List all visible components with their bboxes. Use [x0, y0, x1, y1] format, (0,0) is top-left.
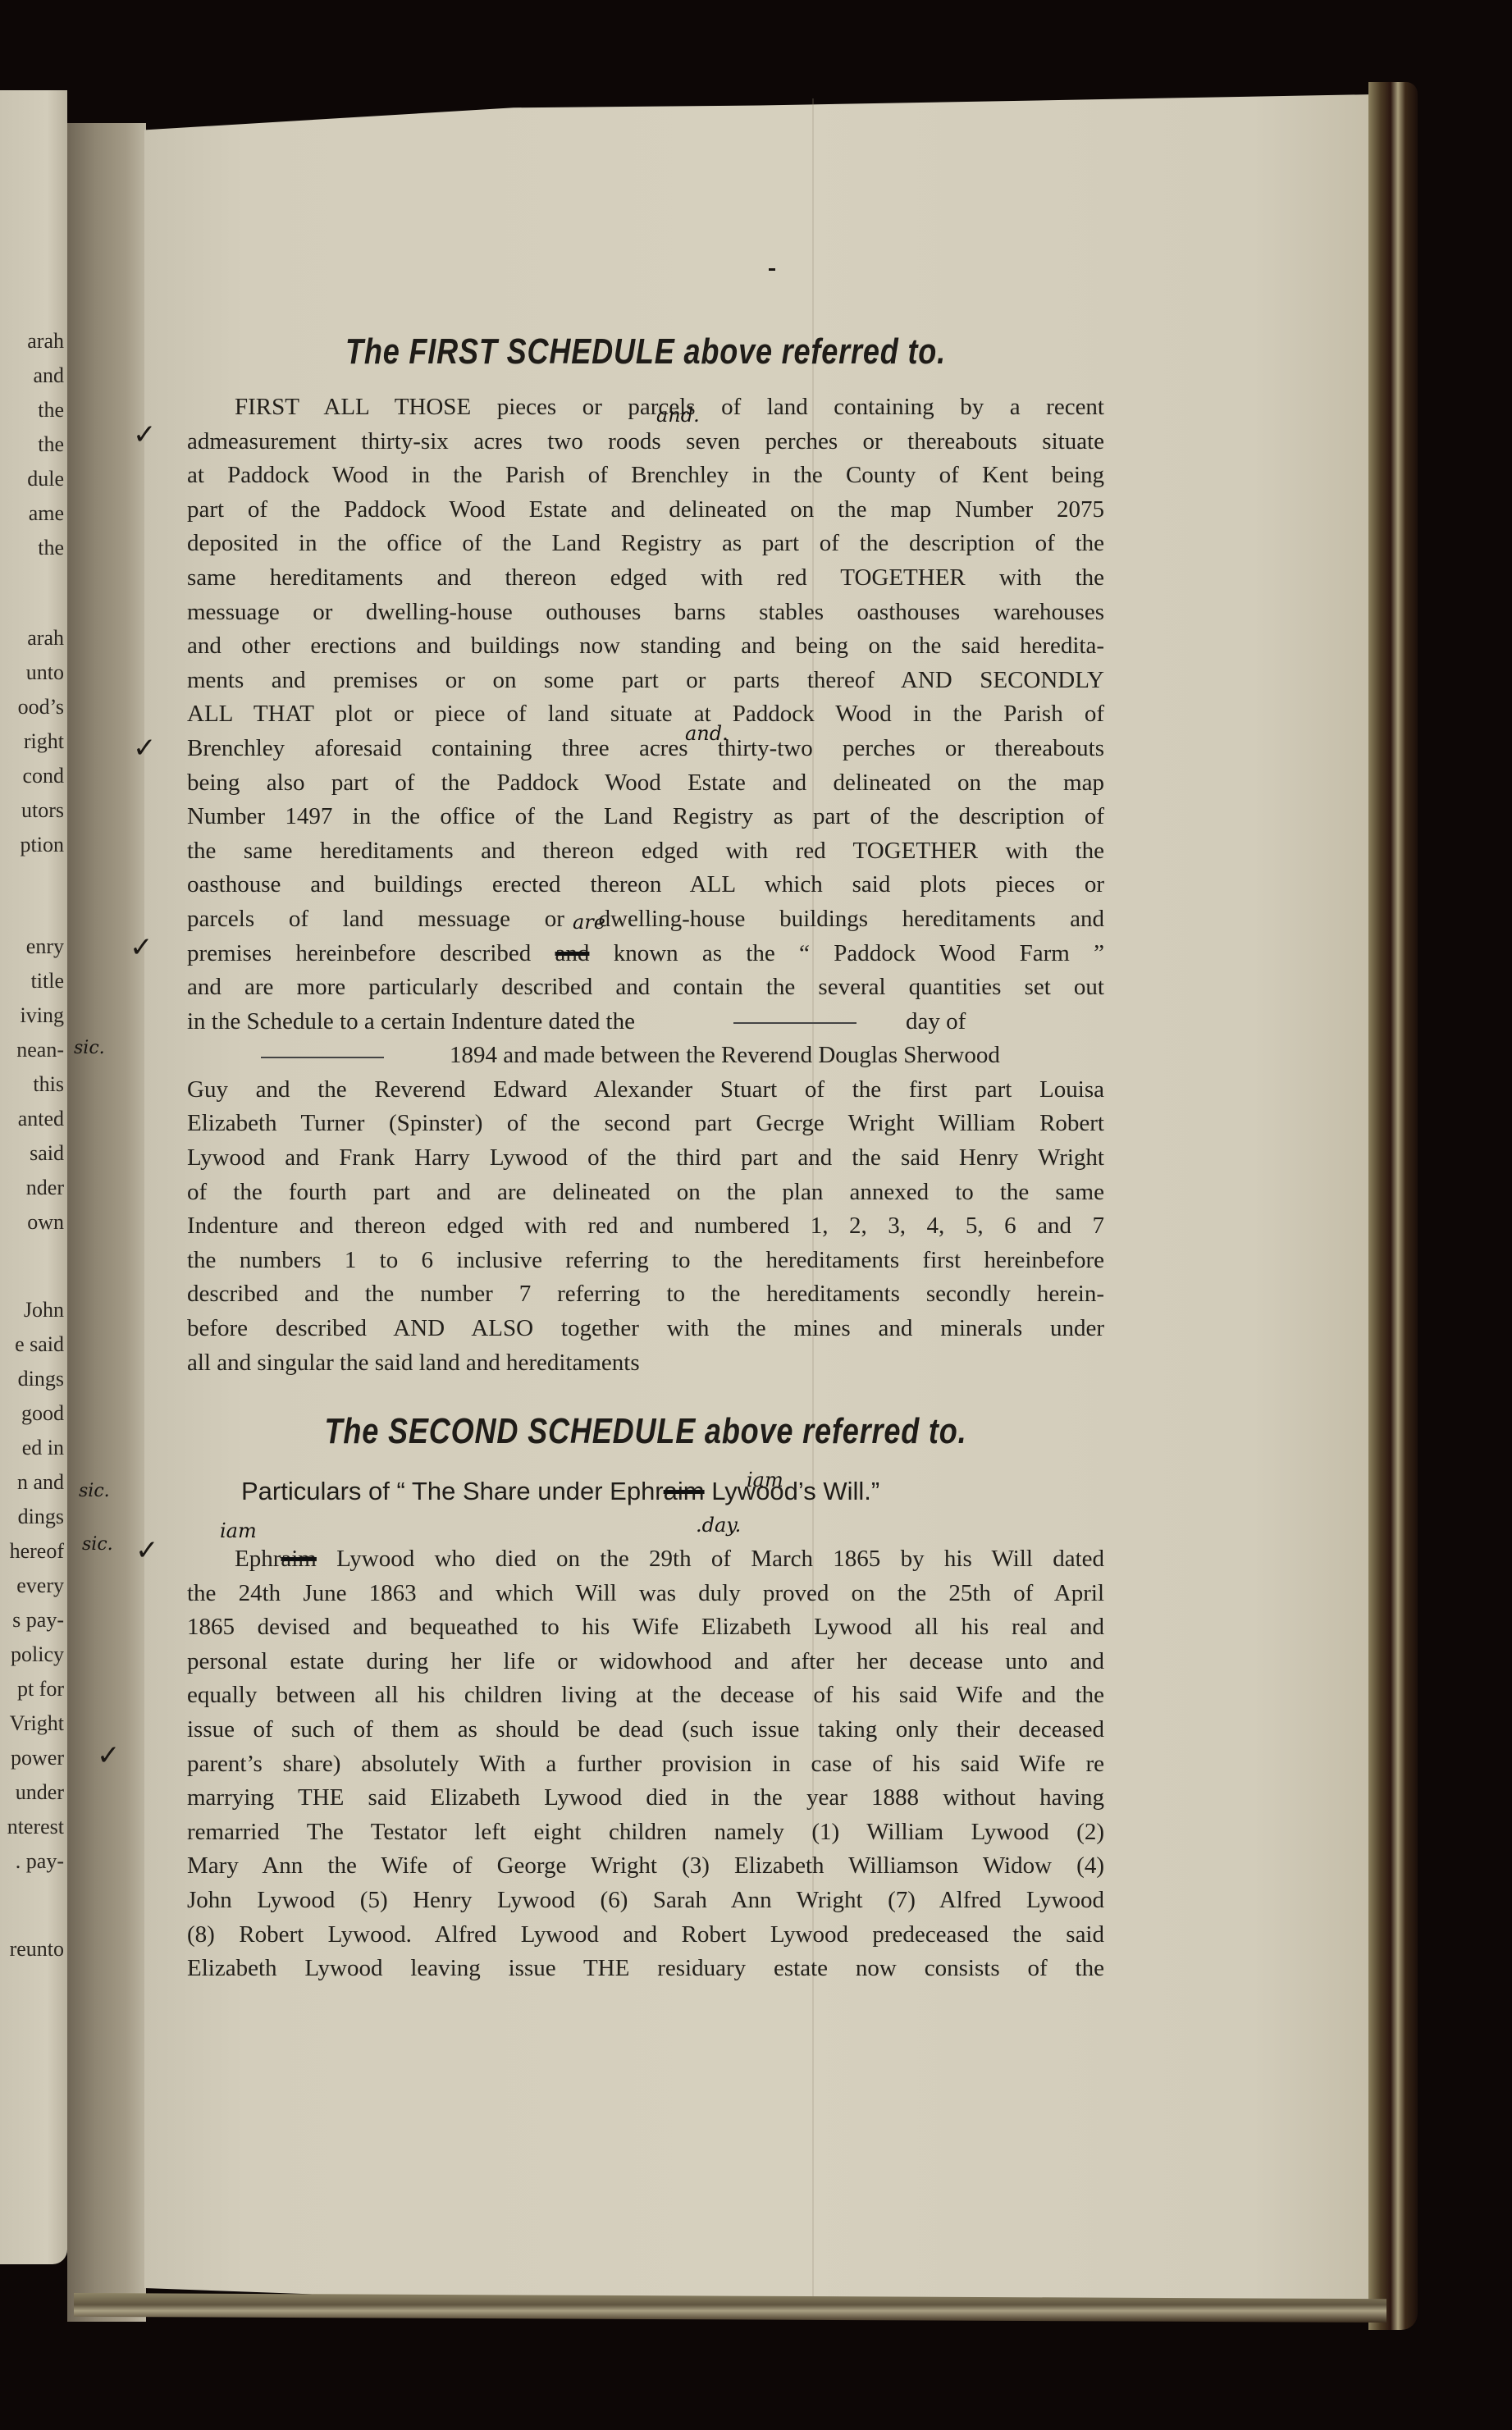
left-fragment: s pay- — [0, 1603, 67, 1638]
text-line: Elizabeth Lywood leaving issue THE resid… — [187, 1952, 1104, 1986]
text-line: the same hereditaments and thereon edged… — [187, 834, 1104, 869]
text-line: described and the number 7 referring to … — [187, 1277, 1104, 1312]
gutter-shadow — [67, 123, 146, 2322]
text-line: Mary Ann the Wife of George Wright (3) E… — [187, 1849, 1104, 1884]
left-fragment: and — [0, 359, 67, 393]
margin-note-sic: sic. — [79, 1481, 110, 1501]
left-fragment: own — [0, 1205, 67, 1240]
left-fragment: dings — [0, 1362, 67, 1396]
text-line: the 24th June 1863 and which Will was du… — [187, 1577, 1104, 1611]
blank-date-line — [261, 1057, 384, 1058]
text-line: parent’s share) absolutely With a furthe… — [187, 1747, 1104, 1782]
handwritten-insert-day: .day. — [696, 1514, 741, 1537]
left-fragment: n and — [0, 1465, 67, 1500]
text-line: admeasurement thirty-six acres two roods… — [187, 425, 1104, 459]
text-line: marrying THE said Elizabeth Lywood died … — [187, 1781, 1104, 1816]
ink-speck — [769, 268, 775, 271]
text-line: ments and premises or on some part or pa… — [187, 664, 1104, 698]
text-line: Indenture and thereon edged with red and… — [187, 1209, 1104, 1244]
text-line: of the fourth part and are delineated on… — [187, 1176, 1104, 1210]
left-fragment: right — [0, 724, 67, 759]
text-line: and other erections and buildings now st… — [187, 629, 1104, 664]
text-line: Lywood and Frank Harry Lywood of the thi… — [187, 1141, 1104, 1176]
text-line: FIRST ALL THOSE pieces or parcels of lan… — [187, 391, 1104, 425]
left-fragment: arah — [0, 621, 67, 655]
left-fragment: dings — [0, 1500, 67, 1534]
left-fragment: nder — [0, 1171, 67, 1205]
left-fragment: ood’s — [0, 690, 67, 724]
text-line: messuage or dwelling-house outhouses bar… — [187, 596, 1104, 630]
text-line: ALL THAT plot or piece of land situate a… — [187, 697, 1104, 732]
left-fragment: this — [0, 1067, 67, 1102]
second-schedule-subheading: Particulars of “ The Share under Ephraim… — [241, 1477, 1062, 1506]
left-fragment: policy — [0, 1638, 67, 1672]
text-line: Number 1497 in the office of the Land Re… — [187, 800, 1104, 834]
left-fragment: dule — [0, 462, 67, 496]
left-fragment: under — [0, 1775, 67, 1810]
blank-date-line — [733, 1022, 856, 1024]
left-fragment: the — [0, 393, 67, 427]
checkmark-icon: ✓ — [130, 931, 153, 964]
text-line: deposited in the office of the Land Regi… — [187, 527, 1104, 561]
left-fragment: anted — [0, 1102, 67, 1136]
struck-word: aim — [281, 1546, 317, 1572]
text-line: John Lywood (5) Henry Lywood (6) Sarah A… — [187, 1884, 1104, 1918]
left-fragment: ed in — [0, 1431, 67, 1465]
left-fragment: enry — [0, 930, 67, 964]
left-fragment: title — [0, 964, 67, 998]
left-fragment: hereof — [0, 1534, 67, 1569]
second-schedule-heading: The SECOND SCHEDULE above referred to. — [270, 1411, 1022, 1452]
text-line: the numbers 1 to 6 inclusive referring t… — [187, 1244, 1104, 1278]
handwritten-correction-are: are — [573, 911, 605, 934]
text-line: and are more particularly described and … — [187, 971, 1104, 1005]
text-line: part of the Paddock Wood Estate and deli… — [187, 493, 1104, 528]
text-line: Brenchley aforesaid containing three acr… — [187, 732, 1104, 766]
left-fragment: good — [0, 1396, 67, 1431]
left-fragment: cond — [0, 759, 67, 793]
checkmark-icon: ✓ — [133, 418, 157, 451]
text-line: personal estate during her life or widow… — [187, 1645, 1104, 1679]
first-schedule-heading: The FIRST SCHEDULE above referred to. — [270, 331, 1022, 372]
left-fragment: e said — [0, 1327, 67, 1362]
text-line: being also part of the Paddock Wood Esta… — [187, 766, 1104, 801]
text-line: (8) Robert Lywood. Alfred Lywood and Rob… — [187, 1918, 1104, 1953]
handwritten-insert-and: and. — [656, 404, 700, 427]
handwritten-insert-and: and. — [685, 722, 729, 745]
struck-word: and — [555, 940, 590, 966]
left-fragment: ame — [0, 496, 67, 531]
text-line: same hereditaments and thereon edged wit… — [187, 561, 1104, 596]
text-line: in the Schedule to a certain Indenture d… — [187, 1005, 1104, 1039]
checkmark-icon: ✓ — [97, 1739, 121, 1772]
left-fragment: ption — [0, 828, 67, 862]
left-fragment: iving — [0, 998, 67, 1033]
checkmark-icon: ✓ — [133, 732, 157, 765]
left-fragment: arah — [0, 324, 67, 359]
text-line: all and singular the said land and hered… — [187, 1346, 1104, 1381]
text-line: oasthouse and buildings erected thereon … — [187, 868, 1104, 902]
left-fragment: . pay- — [0, 1844, 67, 1879]
text-line: equally between all his children living … — [187, 1679, 1104, 1713]
text-line: issue of such of them as should be dead … — [187, 1713, 1104, 1747]
left-fragment: utors — [0, 793, 67, 828]
margin-note-sic: sic. — [74, 1038, 105, 1058]
left-fragment: said — [0, 1136, 67, 1171]
text-line: Ephraim Lywood who died on the 29th of M… — [187, 1542, 1104, 1577]
text-line: Elizabeth Turner (Spinster) of the secon… — [187, 1107, 1104, 1141]
left-fragment: every — [0, 1569, 67, 1603]
left-fragment: nterest — [0, 1810, 67, 1844]
text-line: 1894 and made between the Reverend Dougl… — [187, 1039, 1104, 1073]
left-fragment: nean- — [0, 1033, 67, 1067]
left-fragment: John — [0, 1293, 67, 1327]
text-line: parcels of land messuage or dwelling-hou… — [187, 902, 1104, 937]
margin-note-sic: sic. — [82, 1534, 113, 1555]
text-line: before described AND ALSO together with … — [187, 1312, 1104, 1346]
text-line: premises hereinbefore described and know… — [187, 937, 1104, 971]
left-fragment: pt for — [0, 1672, 67, 1706]
handwritten-correction-iam: iam — [220, 1519, 257, 1542]
checkmark-icon: ✓ — [135, 1534, 159, 1567]
left-fragment: unto — [0, 655, 67, 690]
text-line: remarried The Testator left eight childr… — [187, 1816, 1104, 1850]
page-edges — [1368, 82, 1418, 2330]
struck-word: aim — [664, 1477, 705, 1505]
text-line: 1865 devised and bequeathed to his Wife … — [187, 1610, 1104, 1645]
left-fragment: the — [0, 531, 67, 565]
text-line: at Paddock Wood in the Parish of Brenchl… — [187, 459, 1104, 493]
first-schedule-body: FIRST ALL THOSE pieces or parcels of lan… — [187, 391, 1104, 1380]
left-fragment: reunto — [0, 1932, 67, 1966]
left-fragment: Vright — [0, 1706, 67, 1741]
left-fragment: the — [0, 427, 67, 462]
text-line: Guy and the Reverend Edward Alexander St… — [187, 1073, 1104, 1108]
second-schedule-body: Ephraim Lywood who died on the 29th of M… — [187, 1542, 1104, 1986]
left-fragment: power — [0, 1741, 67, 1775]
handwritten-correction-iam: iam — [747, 1469, 783, 1491]
